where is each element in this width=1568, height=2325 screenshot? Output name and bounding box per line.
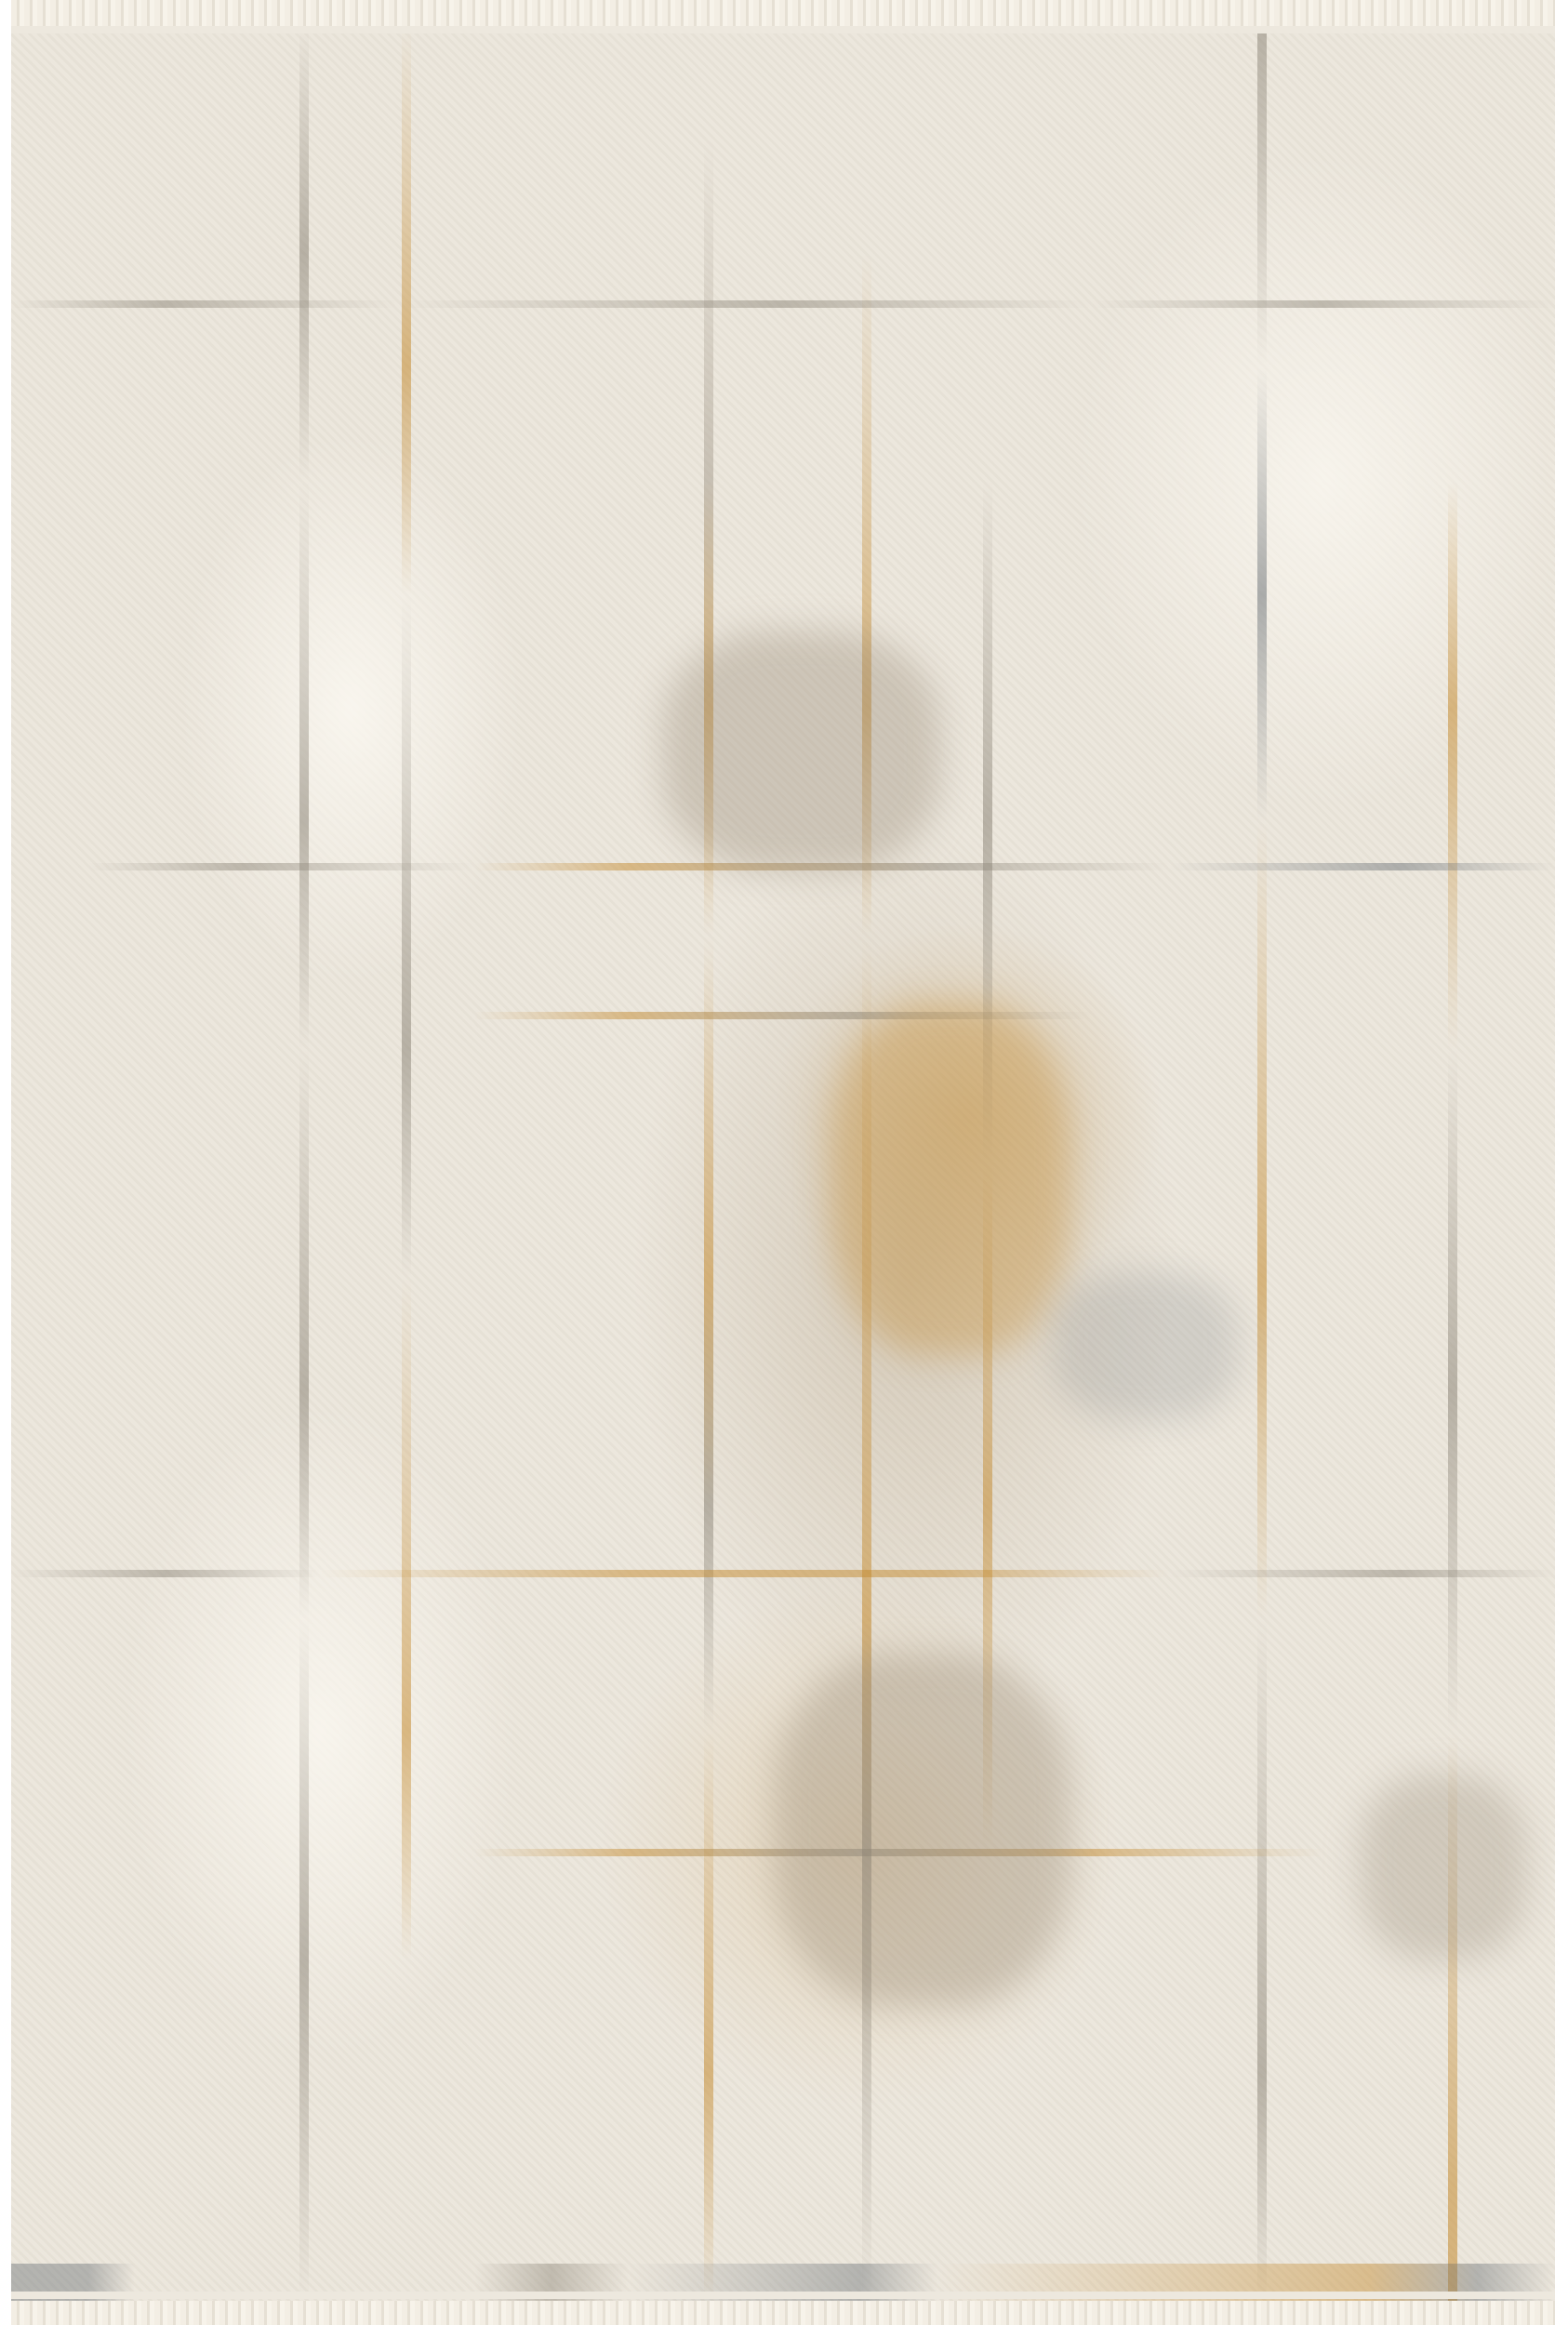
pattern-blot [1053,1272,1239,1421]
pattern-blot [774,1654,1071,2007]
grid-line [704,26,713,2301]
binding-top [11,26,1555,33]
grid-line [11,1570,1555,1577]
pattern-blot [830,1003,1071,1356]
binding-bottom [11,2292,1555,2299]
pattern-blot [1360,1774,1527,1960]
grid-line [11,1012,1555,1019]
rug [11,26,1555,2301]
grid-line [402,26,411,2301]
grid-line [11,300,1555,308]
grid-line [299,26,309,2301]
grid-line [1257,26,1267,2301]
fringe-bottom [11,2297,1555,2325]
pattern-blot [662,631,941,872]
rug-texture [11,26,1555,2301]
fringe-top [11,0,1555,28]
